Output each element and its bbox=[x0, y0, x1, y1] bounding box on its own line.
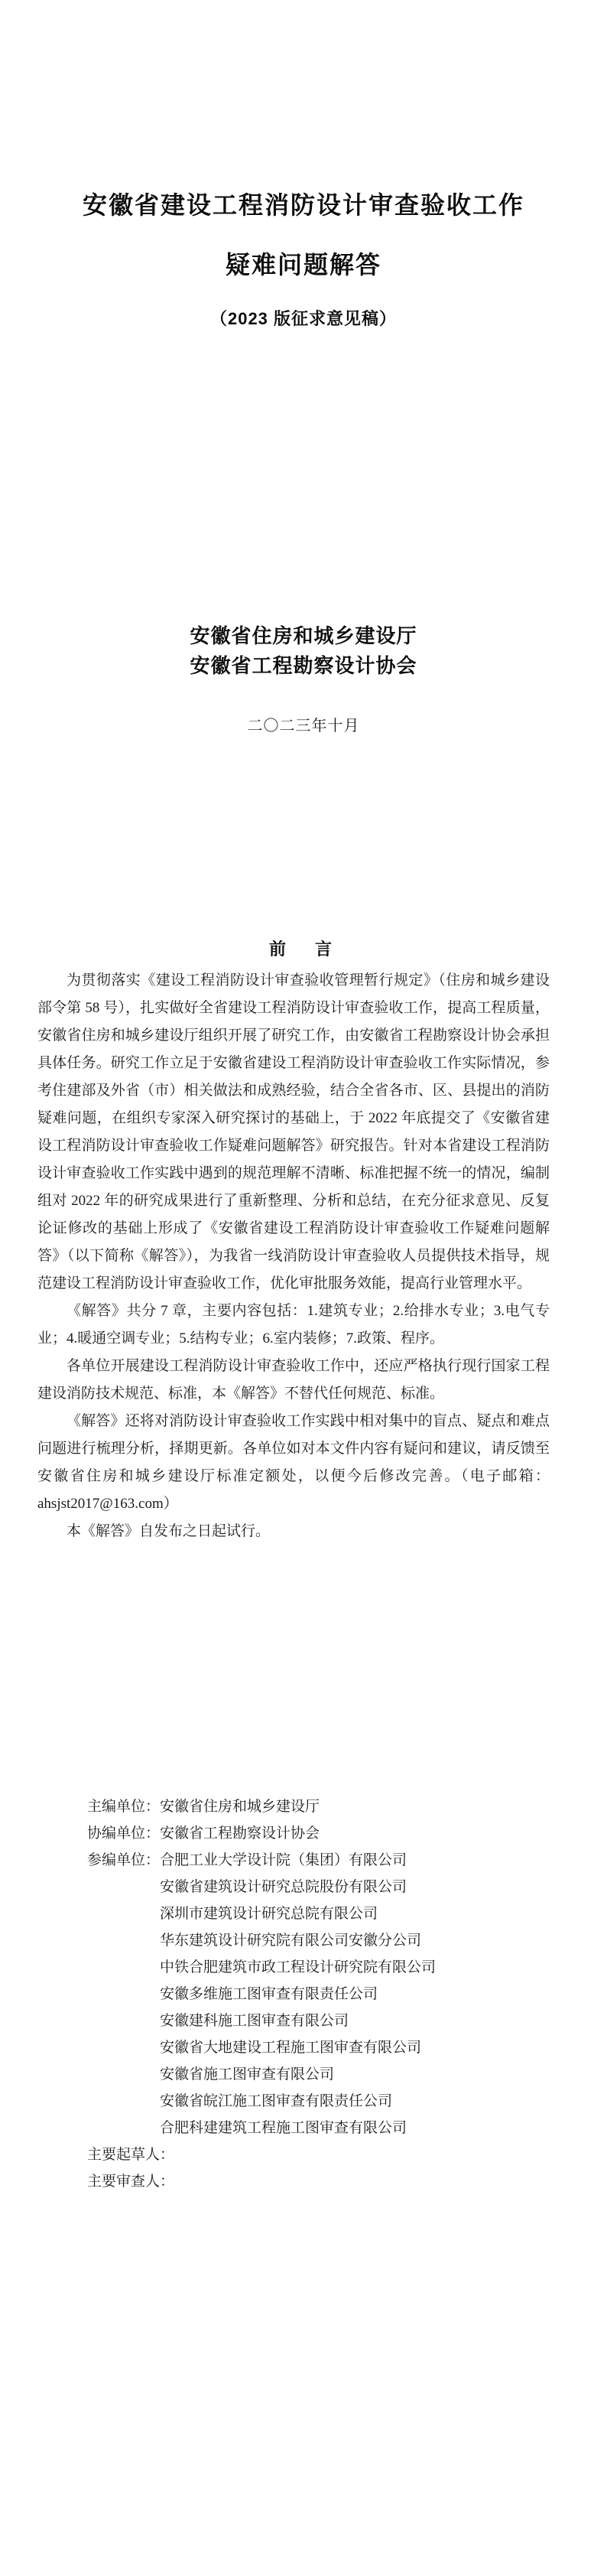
edition-note: （2023 版征求意见稿） bbox=[0, 306, 607, 330]
participant-org: 深圳市建筑设计研究总院有限公司 bbox=[87, 1900, 576, 1927]
participant-org: 安徽省施工图审查有限公司 bbox=[87, 2061, 576, 2088]
cover-date: 二〇二三年十月 bbox=[0, 713, 607, 735]
chief-editor-value: 安徽省住房和城乡建设厅 bbox=[160, 1799, 320, 1815]
participant-org: 安徽建科施工图审查有限公司 bbox=[87, 2008, 576, 2034]
preface-paragraph-3: 各单位开展建设工程消防设计审查验收工作中，还应严格执行现行国家工程建设消防技术规… bbox=[37, 1353, 550, 1408]
preface-paragraph-1: 为贯彻落实《建设工程消防设计审查验收管理暂行规定》（住房和城乡建设部令第 58 … bbox=[37, 967, 550, 1298]
participant-org: 安徽省皖江施工图审查有限责任公司 bbox=[87, 2088, 576, 2115]
reviewers-label: 主要审查人： bbox=[87, 2168, 576, 2195]
publisher-primary: 安徽省住房和城乡建设厅 bbox=[0, 620, 607, 649]
participant-org: 安徽省大地建设工程施工图审查有限公司 bbox=[87, 2034, 576, 2061]
drafters-label: 主要起草人： bbox=[87, 2141, 576, 2168]
chief-editor-label: 主编单位： bbox=[87, 1799, 160, 1815]
participant-org: 安徽多维施工图审查有限责任公司 bbox=[87, 1981, 576, 2008]
co-editor-label: 协编单位： bbox=[87, 1825, 160, 1842]
preface-paragraph-2: 《解答》共分 7 章，主要内容包括：1.建筑专业；2.给排水专业；3.电气专业；… bbox=[37, 1298, 550, 1353]
participant-org: 合肥科建建筑工程施工图审查有限公司 bbox=[87, 2115, 576, 2141]
chief-editor-row: 主编单位：安徽省住房和城乡建设厅 bbox=[87, 1793, 576, 1820]
co-editor-value: 安徽省工程勘察设计协会 bbox=[160, 1825, 320, 1842]
credits-block: 主编单位：安徽省住房和城乡建设厅 协编单位：安徽省工程勘察设计协会 参编单位：合… bbox=[87, 1793, 576, 2195]
document-title-line1: 安徽省建设工程消防设计审查验收工作 bbox=[0, 190, 607, 220]
document-page: 安徽省建设工程消防设计审查验收工作 疑难问题解答 （2023 版征求意见稿） 安… bbox=[0, 0, 607, 2576]
participant-org: 中铁合肥建筑市政工程设计研究院有限公司 bbox=[87, 1954, 576, 1981]
preface-heading: 前 言 bbox=[0, 936, 607, 960]
preface-paragraph-5: 本《解答》自发布之日起试行。 bbox=[37, 1518, 550, 1545]
participants-label: 参编单位： bbox=[87, 1852, 160, 1868]
co-editor-row: 协编单位：安徽省工程勘察设计协会 bbox=[87, 1820, 576, 1847]
document-title-line2: 疑难问题解答 bbox=[0, 249, 607, 280]
participants-row: 参编单位：合肥工业大学设计院（集团）有限公司 bbox=[87, 1847, 576, 1874]
participant-org: 合肥工业大学设计院（集团）有限公司 bbox=[160, 1852, 407, 1868]
preface-body: 为贯彻落实《建设工程消防设计审查验收管理暂行规定》（住房和城乡建设部令第 58 … bbox=[37, 967, 550, 1545]
publisher-secondary: 安徽省工程勘察设计协会 bbox=[0, 650, 607, 679]
participant-org: 安徽省建筑设计研究总院股份有限公司 bbox=[87, 1874, 576, 1900]
preface-paragraph-4: 《解答》还将对消防设计审查验收工作实践中相对集中的盲点、疑点和难点问题进行梳理分… bbox=[37, 1408, 550, 1518]
participant-org: 华东建筑设计研究院有限公司安徽分公司 bbox=[87, 1927, 576, 1954]
